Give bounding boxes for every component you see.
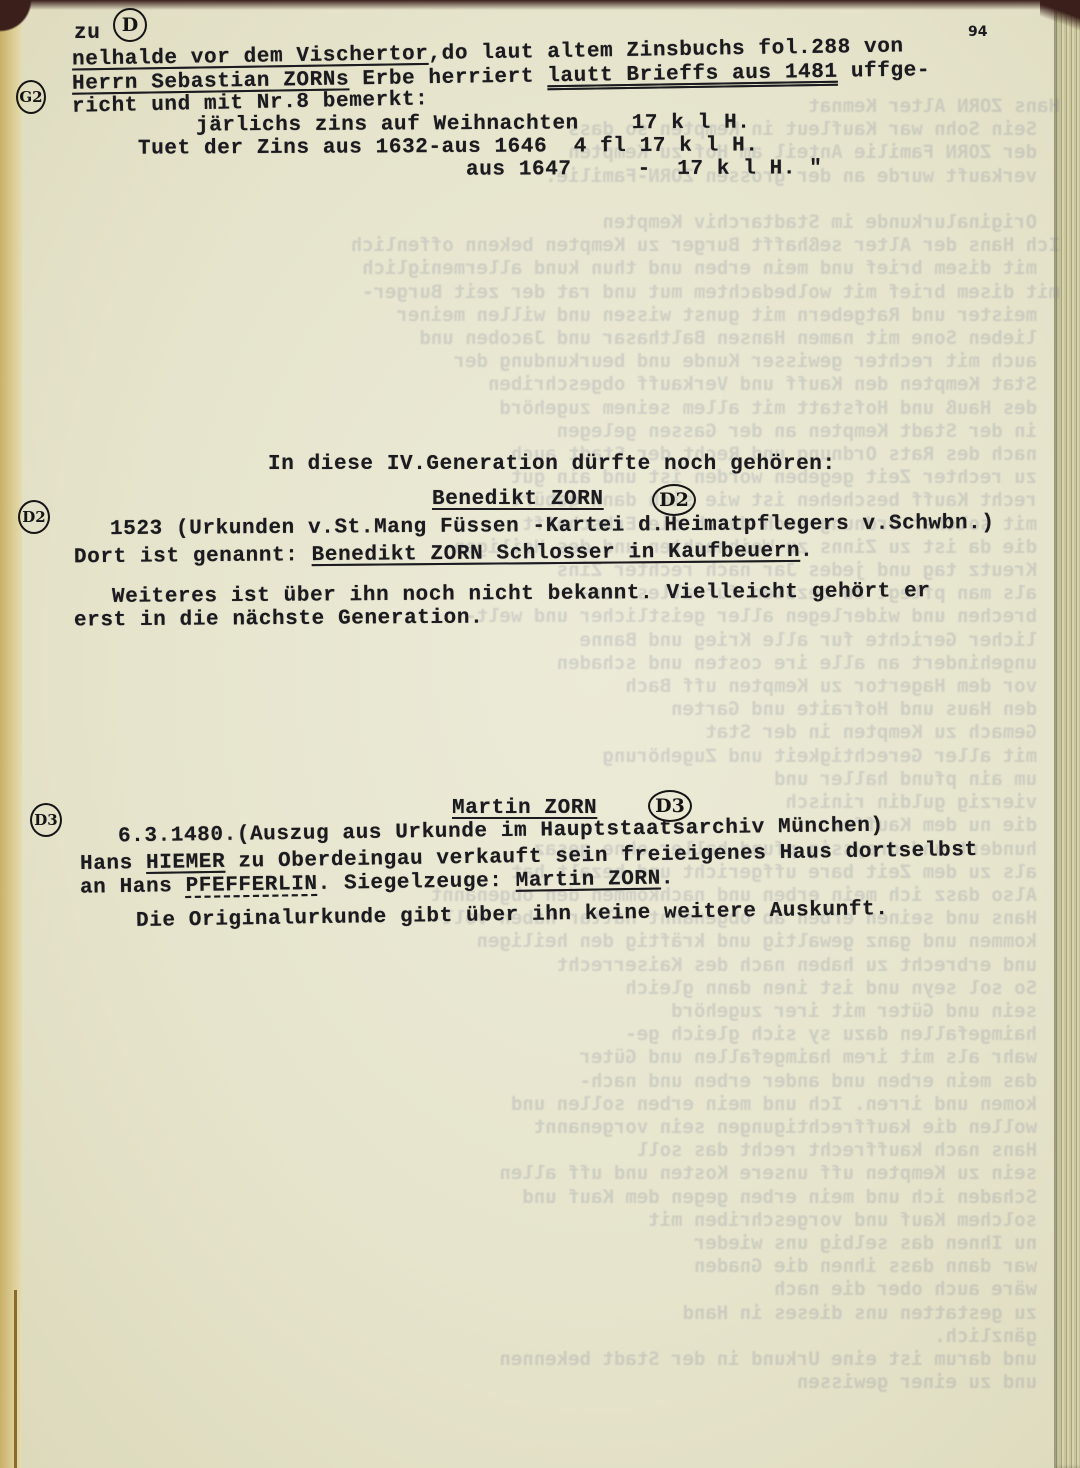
text-line: Die Originalurkunde gibt über ihn keine … [136, 898, 889, 933]
top-shadow [0, 0, 1080, 10]
text-line: erst in die nächste Generation. [74, 607, 483, 633]
text-run: . [800, 540, 813, 563]
header-ref-prefix: zu [74, 22, 100, 45]
text-line: Weiteres ist über ihn noch nicht bekannt… [112, 580, 931, 609]
text-run: 1523 (Urkunden v.St.Mang Füssen -Kartei … [110, 512, 995, 541]
person-marker-d2: D2 [652, 484, 696, 516]
text-line: 1523 (Urkunden v.St.Mang Füssen -Kartei … [110, 512, 995, 541]
emphasized-text: lautt Brieffs aus 1481 [547, 61, 838, 89]
document-page: Hans ZORN Alter Kemnat Sein Sohn war Kau… [0, 0, 1080, 1468]
emphasized-text: PFEFFERLIN [185, 873, 317, 898]
header-ref-marker: D [113, 8, 147, 42]
text-run: Hans [80, 852, 146, 876]
margin-marker-d3: D3 [30, 803, 62, 837]
gutter-crease [14, 1290, 17, 1468]
text-run: uffge- [838, 59, 931, 83]
text-run: järlichs zins auf Weihnachten 17 k l H. [196, 112, 751, 138]
generation-heading: In diese IV.Generation dürfte noch gehör… [268, 453, 836, 476]
text-line: järlichs zins auf Weihnachten 17 k l H. [196, 112, 751, 138]
text-run: Tuet der Zins aus 1632-aus 1646 4 fl 17 … [138, 134, 759, 160]
text-line: Dort ist genannt: Benedikt ZORN Schlosse… [74, 540, 814, 569]
corner-shadow [0, 0, 60, 60]
book-gutter [0, 0, 22, 1468]
bleed-through-text: Hans ZORN Alter Kemnat Sein Sohn war Kau… [380, 95, 1060, 1394]
text-line: Tuet der Zins aus 1632-aus 1646 4 fl 17 … [138, 134, 759, 160]
text-run: Weiteres ist über ihn noch nicht bekannt… [112, 580, 931, 609]
page-stack-edge [1054, 0, 1080, 1468]
emphasized-text: HIEMER [146, 851, 226, 875]
text-run: Die Originalurkunde gibt über ihn keine … [136, 898, 889, 933]
text-run: . Siegelzeuge: [317, 870, 515, 896]
text-run: erst in die nächste Generation. [74, 607, 483, 633]
text-run: Dort ist genannt: [74, 544, 312, 569]
page-number: 94 [968, 24, 987, 40]
emphasized-text: Benedikt ZORN Schlosser in Kaufbeuern [312, 540, 801, 567]
text-run: . [661, 867, 675, 890]
person-name-heading: Benedikt ZORN [432, 488, 604, 511]
text-line: aus 1647 - 17 k l H. " [466, 157, 823, 181]
margin-marker-d2: D2 [18, 500, 50, 534]
text-run: an Hans [80, 875, 186, 900]
text-run: Erbe herriert [349, 65, 547, 91]
text-run: aus 1647 - 17 k l H. " [466, 157, 823, 181]
margin-marker-g2: G2 [16, 80, 46, 114]
emphasized-text: Martin ZORN [515, 868, 661, 893]
person-name-heading: Martin ZORN [452, 797, 597, 820]
